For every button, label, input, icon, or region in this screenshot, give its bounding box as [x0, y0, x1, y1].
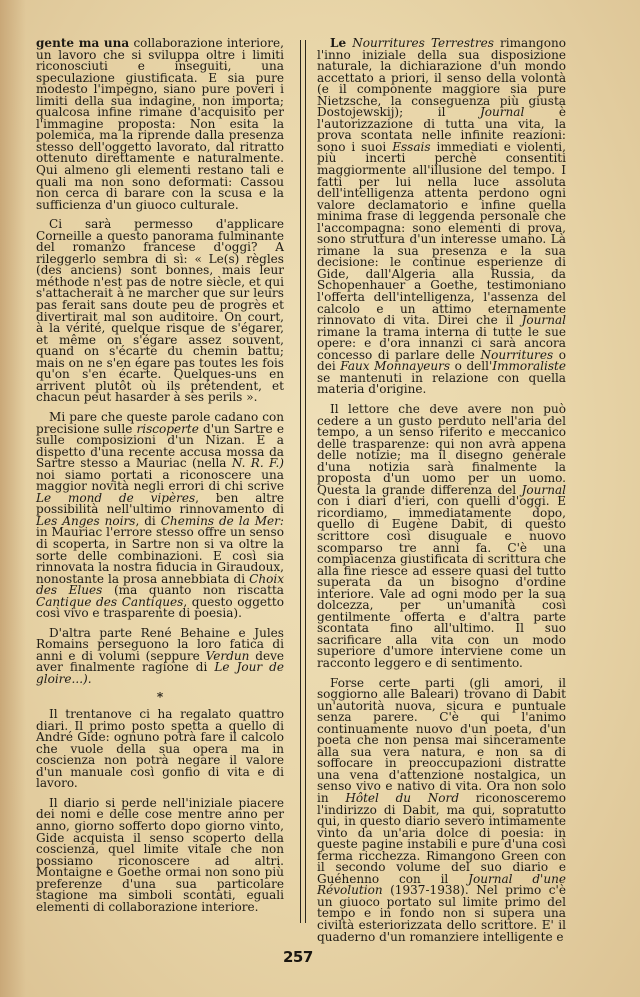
paragraph: Ci sarà permesso d'applicare Corneille a… — [36, 219, 284, 404]
left-column: gente ma una collaborazione interiore, u… — [36, 38, 284, 921]
paragraph: gente ma una collaborazione interiore, u… — [36, 38, 284, 211]
paragraph: D'altra parte René Behaine e Jules Romai… — [36, 628, 284, 686]
column-divider — [300, 40, 306, 923]
right-column: Le Nourritures Terrestres rimangono l'in… — [317, 38, 566, 951]
paragraph: Il lettore che deve avere non può cedere… — [317, 404, 566, 670]
paragraph: Il trentanove ci ha regalato quattro dia… — [36, 709, 284, 790]
paragraph: Le Nourritures Terrestres rimangono l'in… — [317, 38, 566, 396]
paragraph: Mi pare che queste parole cadano con pre… — [36, 412, 284, 620]
page-number: 257 — [283, 948, 313, 966]
page-edge-shadow — [0, 0, 26, 997]
section-separator: * — [36, 692, 284, 704]
paragraph: Forse certe parti (gli amori, il soggior… — [317, 678, 566, 944]
paragraph: Il diario si perde nell'iniziale piacere… — [36, 798, 284, 913]
